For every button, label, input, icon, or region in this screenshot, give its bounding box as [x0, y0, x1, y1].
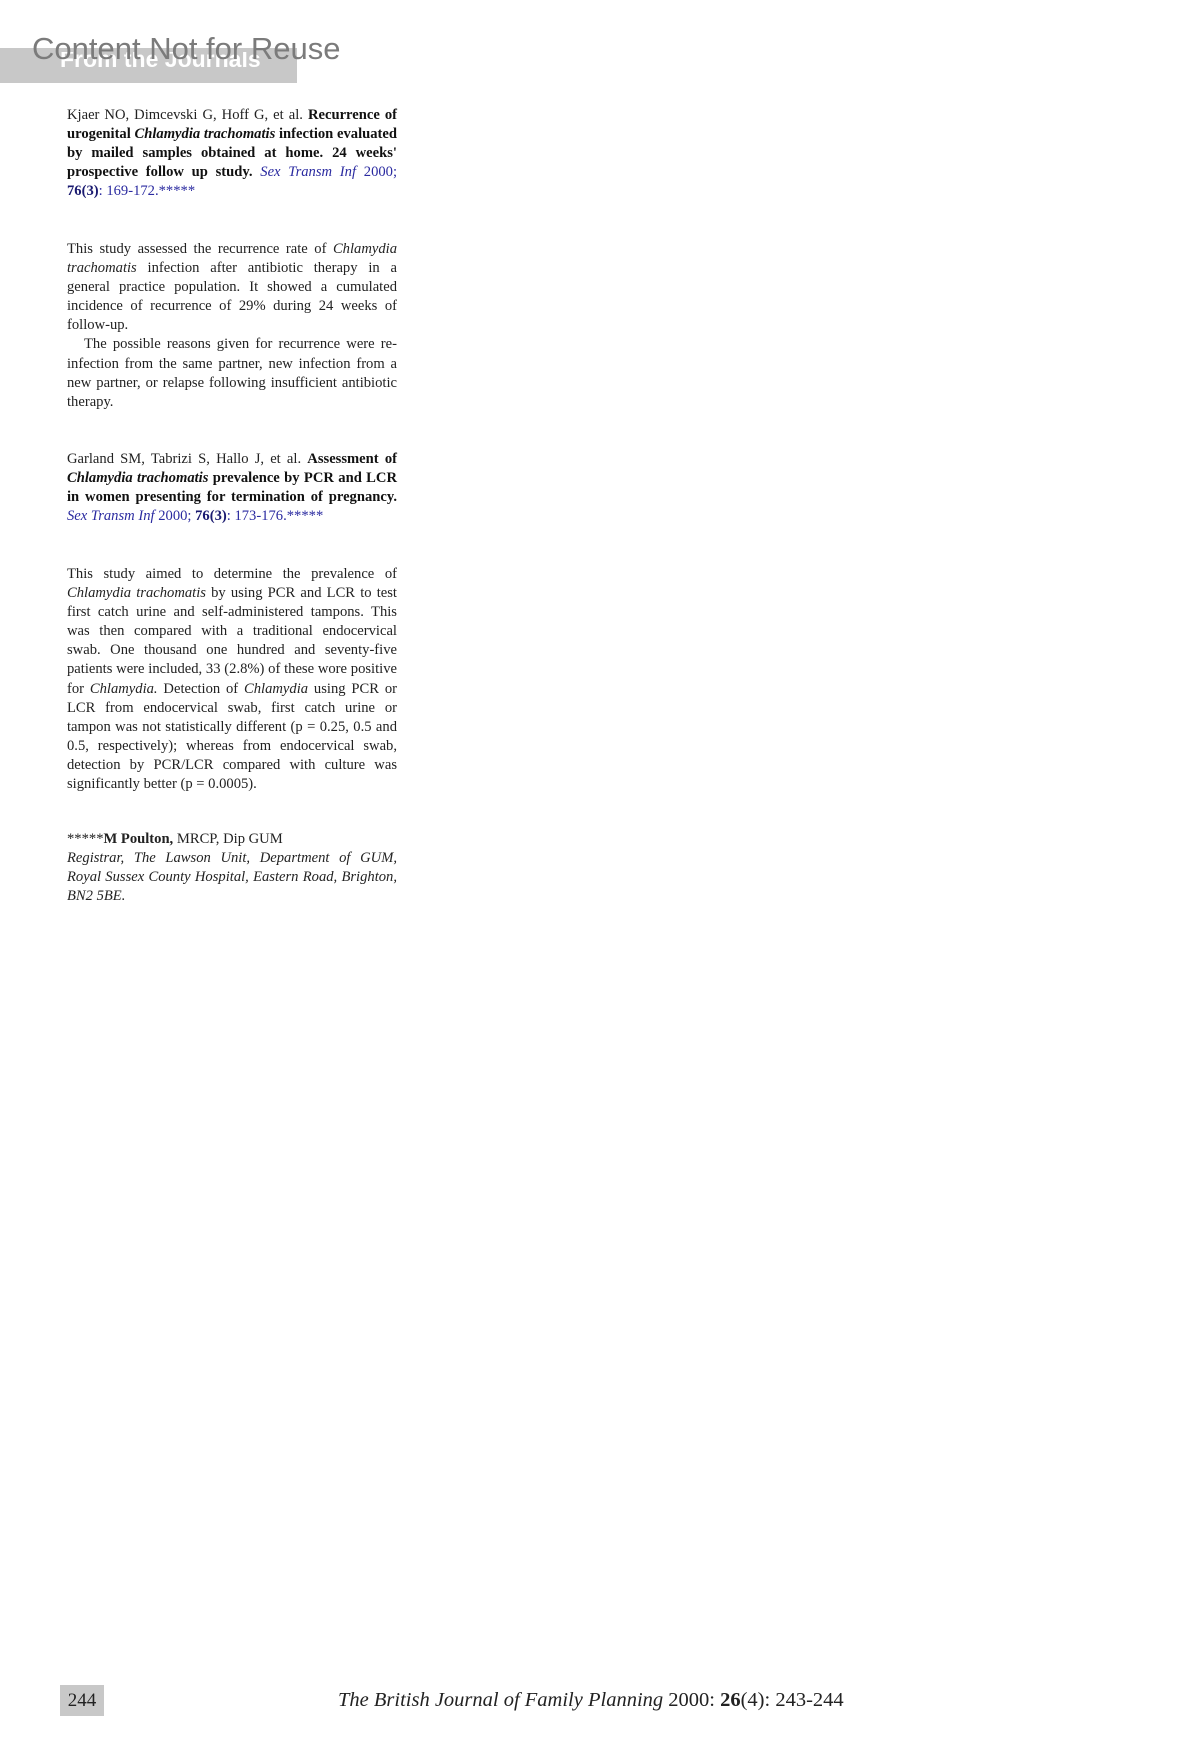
reviewer-credentials: MRCP, Dip GUM [173, 831, 282, 847]
article-1-authors: Kjaer NO, Dimcevski G, Hoff G, et al. [67, 107, 303, 123]
article-1-summary-paragraph-1: This study assessed the recurrence rate … [67, 240, 397, 335]
article-2-citation: 2000; 76(3): 173-176.***** [158, 508, 323, 524]
article-1-summary-paragraph-2: The possible reasons given for recurrenc… [67, 335, 397, 411]
article-2-summary: This study aimed to determine the preval… [67, 565, 397, 794]
reviewer-name-line: *****M Poulton, MRCP, Dip GUM [67, 830, 397, 849]
article-2-journal: Sex Transm Inf [67, 508, 155, 524]
reviewer-marker: ***** [67, 831, 103, 847]
watermark: Content Not for Reuse [32, 30, 340, 68]
page-number: 244 [60, 1685, 104, 1716]
reviewer-block: *****M Poulton, MRCP, Dip GUM Registrar,… [67, 830, 397, 906]
article-2-reference: Garland SM, Tabrizi S, Hallo J, et al. A… [67, 450, 397, 526]
article-1-summary: This study assessed the recurrence rate … [67, 240, 397, 412]
footer-citation: The British Journal of Family Planning 2… [338, 1686, 844, 1714]
article-1-journal: Sex Transm Inf [260, 164, 356, 180]
article-2-summary-paragraph-1: This study aimed to determine the preval… [67, 565, 397, 794]
article-2-authors: Garland SM, Tabrizi S, Hallo J, et al. [67, 451, 301, 467]
reviewer-affiliation: Registrar, The Lawson Unit, Department o… [67, 849, 397, 906]
reviewer-name: M Poulton, [103, 831, 173, 847]
article-1-reference: Kjaer NO, Dimcevski G, Hoff G, et al. Re… [67, 106, 397, 201]
footer-journal-name: The British Journal of Family Planning [338, 1689, 663, 1711]
